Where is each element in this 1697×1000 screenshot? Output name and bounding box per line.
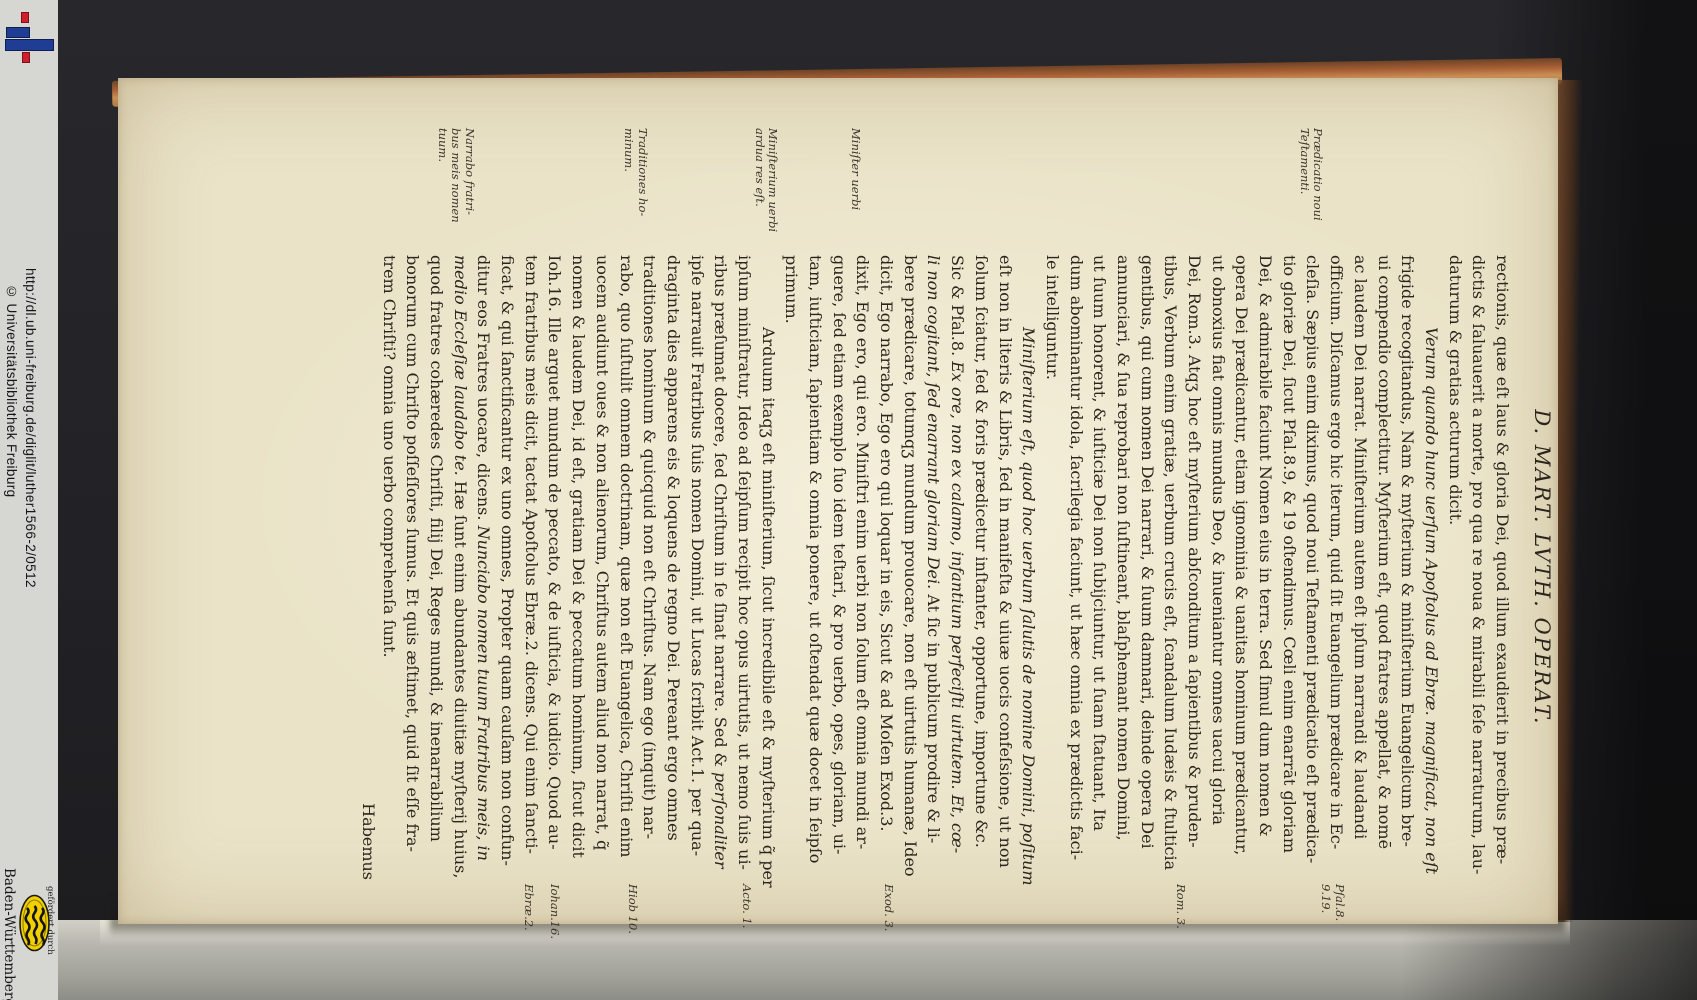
text-line: ſolum ſciatur, ſed & foris prædicetur in… xyxy=(969,255,993,895)
text-segment: tio gloriæ Dei, ſicut Pſal.8.9, & 19 oſt… xyxy=(1280,255,1299,853)
margin-note-line: Iohan.16. xyxy=(548,884,562,944)
text-segment-italic: li non cogitant, ſed enarrant gloriam De… xyxy=(925,255,944,594)
text-segment: Ioh.16. Ille arguet mundum de peccato, &… xyxy=(546,255,565,850)
text-line: li non cogitant, ſed enarrant gloriam De… xyxy=(922,255,946,895)
text-line: quod fratres cohæredes Chriſti, filij De… xyxy=(424,255,448,895)
text-segment: primum. xyxy=(782,255,801,324)
scanned-book-page: D. MART. LVTH. OPERAT. rectionis, quæ eſ… xyxy=(118,78,1558,924)
text-line: ficat, & qui ſanctificantur ex uno omnes… xyxy=(495,255,519,895)
margin-note-right: Ebræ.2. xyxy=(522,884,536,944)
baden-wuerttemberg-label: Baden-Württemberg xyxy=(1,868,17,1000)
margin-note-right: Acto. 1. xyxy=(740,884,754,944)
text-line: Miniſterium eſt, quod hoc uerbum ſalutis… xyxy=(1017,255,1041,895)
text-segment-italic: Verum quando hunc uerſum Apoſtolus ad Eb… xyxy=(1422,327,1441,874)
text-segment: ipſe narrauit Fratribus ſuis nomen Domin… xyxy=(688,255,707,856)
margin-note-right: Rom. 3. xyxy=(1173,884,1187,944)
source-url-label: http://dl.ub.uni-freiburg.de/diglit/luth… xyxy=(23,268,38,588)
margin-note-line: Exod. 3. xyxy=(882,884,896,944)
text-segment: daturum & gratias acturum dicit. xyxy=(1446,255,1465,525)
text-line: dictis & ſaluauerit a morte, pro qua re … xyxy=(1467,255,1491,895)
text-segment: Arduum itaqʒ eſt miniſterium, ſicut incr… xyxy=(759,327,778,888)
text-line: nomen & laudem Dei, id eſt, gratiam Dei … xyxy=(567,255,591,895)
text-segment-italic: Nunciabo nomen tuum Fratribus meis, in xyxy=(474,526,493,861)
text-line: ribus præſumat docere, ſed Chriſtum in ſ… xyxy=(709,255,733,895)
text-segment: bonorum cum Chriſto poſſeſſores ſumus. E… xyxy=(403,255,422,852)
text-line: ui compendio complectitur. Myſterium eſt… xyxy=(1372,255,1396,895)
text-line: tam, iuſticiam, ſapientiam & omnia poner… xyxy=(803,255,827,895)
text-line: daturum & gratias acturum dicit. xyxy=(1443,255,1467,895)
text-segment: ut obnoxius fiat omnis mundus Deo, & inu… xyxy=(1209,255,1228,825)
text-line: trem Chriſti? omnia uno uerbo comprehenſ… xyxy=(377,255,401,895)
ub-freiburg-logo-icon xyxy=(0,0,58,70)
text-line: frigide recogitandus, Nam & myſterium & … xyxy=(1396,255,1420,895)
margin-note-right: Iohan.16. xyxy=(548,884,562,944)
logo-blue-bar xyxy=(6,27,30,38)
margin-note-left: Traditiones ho-minum. xyxy=(622,128,649,252)
text-segment: bere prædicare, totumqʒ mundum prouocare… xyxy=(901,255,920,877)
running-header: D. MART. LVTH. OPERAT. xyxy=(1530,255,1554,880)
text-segment: guere, ſed etiam exemplo ſuo idem teſtar… xyxy=(830,255,849,854)
text-line: Ioh.16. Ille arguet mundum de peccato, &… xyxy=(543,255,567,895)
text-line: draginta dies apparens eis & loquens de … xyxy=(661,255,685,895)
text-line: ipſum miniſtratur, Ideo ad ſeipſum recip… xyxy=(732,255,756,895)
text-segment: nomen & laudem Dei, id eſt, gratiam Dei … xyxy=(569,255,588,858)
catchword: Habemus xyxy=(359,255,378,880)
text-segment: ut ſuum honorent, & iuſticiæ Dei non ſub… xyxy=(1090,255,1109,831)
logo-red-square xyxy=(22,52,30,63)
text-line: Arduum itaqʒ eſt miniſterium, ſicut incr… xyxy=(756,255,780,895)
margin-note-line: Ebræ.2. xyxy=(522,884,536,944)
text-segment: uocem audiunt oues & non alienorum, Chri… xyxy=(593,255,612,850)
text-line: rectionis, quæ eſt laus & gloria Dei, qu… xyxy=(1490,255,1514,895)
text-line: tibus, Verbum enim gratiæ, uerbum crucis… xyxy=(1159,255,1183,895)
margin-note-line: Teſtamenti. xyxy=(1297,128,1311,252)
text-segment: ipſum miniſtratur, Ideo ad ſeipſum recip… xyxy=(735,255,754,870)
text-segment: opera Dei prædicantur, etiam ignominia &… xyxy=(1232,255,1251,855)
text-segment: traditiones hominum & quicquid non eſt C… xyxy=(640,255,659,839)
margin-note-line: Rom. 3. xyxy=(1173,884,1187,944)
margin-note-left: Miniſterium uerbiardua res eſt. xyxy=(752,128,779,252)
text-line: le intelliguntur. xyxy=(1040,255,1064,895)
text-segment: le intelliguntur. xyxy=(1043,255,1062,380)
text-line: traditiones hominum & quicquid non eſt C… xyxy=(638,255,662,895)
margin-note-left: Miniſter uerbi xyxy=(849,128,863,252)
text-segment: ui compendio complectitur. Myſterium eſt… xyxy=(1375,255,1394,849)
text-segment: At ſic in publicum prodire & li- xyxy=(925,594,944,843)
text-segment: tam, iuſticiam, ſapientiam & omnia poner… xyxy=(806,255,825,863)
margin-note-line: Traditiones ho- xyxy=(635,128,649,252)
text-segment: gentibus, qui cum nomen Dei narrari, & ſ… xyxy=(1138,255,1157,849)
text-line: Dei, & admirabile faciunt Nomen eius in … xyxy=(1253,255,1277,895)
text-segment-italic: Miniſterium eſt, quod hoc uerbum ſalutis… xyxy=(1019,327,1038,886)
text-segment: ditur eos Fratres uocare, dicens. xyxy=(474,255,493,526)
text-line: dixit, Ego ero, qui ero. Miniſtri enim u… xyxy=(851,255,875,895)
text-line: guere, ſed etiam exemplo ſuo idem teſtar… xyxy=(827,255,851,895)
margin-note-line: Prædicatio noui xyxy=(1311,128,1325,252)
text-line: primum. xyxy=(780,255,804,895)
text-segment: dum abominantur idola, ſacrilegia faciun… xyxy=(1067,255,1086,860)
text-line: bere prædicare, totumqʒ mundum prouocare… xyxy=(898,255,922,895)
text-line: opera Dei prædicantur, etiam ignominia &… xyxy=(1230,255,1254,895)
text-line: ac laudem Dei narrat. Miniſterium autem … xyxy=(1348,255,1372,895)
text-segment: ribus præſumat docere, ſed Chriſtum in ſ… xyxy=(711,255,730,772)
text-line: ut obnoxius fiat omnis mundus Deo, & inu… xyxy=(1206,255,1230,895)
viewer-sidebar: http://dl.ub.uni-freiburg.de/diglit/luth… xyxy=(0,0,58,1000)
text-line: medio Eccleſiæ laudabo te. Hæ ſunt enim … xyxy=(448,255,472,895)
text-line: Verum quando hunc uerſum Apoſtolus ad Eb… xyxy=(1419,255,1443,895)
text-line: dum abominantur idola, ſacrilegia faciun… xyxy=(1064,255,1088,895)
text-segment: tem fratribus meis dicit, tactat Apoſtol… xyxy=(522,255,541,854)
margin-note-right: Pſal.8.9.19. xyxy=(1319,884,1346,944)
text-block: rectionis, quæ eſt laus & gloria Dei, qu… xyxy=(377,255,1514,895)
text-segment: dicit, Ego narrabo, Ego ero qui loquar i… xyxy=(877,255,896,831)
text-line: uocem audiunt oues & non alienorum, Chri… xyxy=(590,255,614,895)
text-segment: rectionis, quæ eſt laus & gloria Dei, qu… xyxy=(1493,255,1512,864)
margin-note-line: Miniſter uerbi xyxy=(849,128,863,252)
logo-blue-bar xyxy=(5,39,54,51)
text-line: rabo, quo ſuſtulit omnem doctrinam, quæ … xyxy=(614,255,638,895)
text-segment: Hæ ſunt enim abundantes diuitiæ myſterij… xyxy=(451,481,470,879)
text-segment-italic: perſonaliter xyxy=(711,772,730,869)
text-segment: dictis & ſaluauerit a morte, pro qua re … xyxy=(1469,255,1488,874)
text-segment: draginta dies apparens eis & loquens de … xyxy=(664,255,683,841)
baden-wuerttemberg-coat-of-arms-icon xyxy=(19,894,50,952)
text-segment: annunciari, & ſua reprobari non ſuſtinea… xyxy=(1114,255,1133,841)
text-segment: quod fratres cohæredes Chriſti, filij De… xyxy=(427,255,446,842)
text-segment: ac laudem Dei narrat. Miniſterium autem … xyxy=(1351,255,1370,839)
margin-note-line: minum. xyxy=(622,128,636,252)
margin-note-line: ardua res eſt. xyxy=(752,128,766,252)
text-segment: rabo, quo ſuſtulit omnem doctrinam, quæ … xyxy=(617,255,636,857)
text-segment: Dei, & admirabile faciunt Nomen eius in … xyxy=(1256,255,1275,837)
text-segment: cleſia. Sæpius enim diximus, quod noui T… xyxy=(1304,255,1323,863)
text-segment: eſt non in literis & Libris, ſed in mani… xyxy=(996,255,1015,868)
text-line: gentibus, qui cum nomen Dei narrari, & ſ… xyxy=(1135,255,1159,895)
margin-note-left: Prædicatio nouiTeſtamenti. xyxy=(1297,128,1324,252)
text-line: eſt non in literis & Libris, ſed in mani… xyxy=(993,255,1017,895)
logo-red-square xyxy=(21,12,29,23)
margin-note-line: Hiob 10. xyxy=(626,884,640,944)
text-segment: dixit, Ego ero, qui ero. Miniſtri enim u… xyxy=(853,255,872,849)
margin-note-left: Narrabo fratri-bus meis nomentuum. xyxy=(435,128,476,252)
margin-note-line: tuum. xyxy=(435,128,449,252)
margin-note-line: Miniſterium uerbi xyxy=(766,128,780,252)
margin-note-line: Pſal.8. xyxy=(1332,884,1346,944)
text-segment: trem Chriſti? omnia uno uerbo comprehenſ… xyxy=(380,255,399,658)
text-segment: officium. Diſcamus ergo hic iterum, quid… xyxy=(1327,255,1346,849)
margin-note-right: Exod. 3. xyxy=(882,884,896,944)
text-segment-italic: medio Eccleſiæ laudabo te. xyxy=(451,255,470,481)
text-line: tem fratribus meis dicit, tactat Apoſtol… xyxy=(519,255,543,895)
text-line: annunciari, & ſua reprobari non ſuſtinea… xyxy=(1111,255,1135,895)
text-segment-italic: Ex ore, non ex calamo, infantium perfeci… xyxy=(948,361,967,853)
copyright-label: © Universitätsbibliothek Freiburg xyxy=(4,284,19,498)
text-line: ut ſuum honorent, & iuſticiæ Dei non ſub… xyxy=(1088,255,1112,895)
margin-note-line: bus meis nomen xyxy=(449,128,463,252)
margin-note-line: Narrabo fratri- xyxy=(462,128,476,252)
text-line: tio gloriæ Dei, ſicut Pſal.8.9, & 19 oſt… xyxy=(1277,255,1301,895)
text-segment: ficat, & qui ſanctificantur ex uno omnes… xyxy=(498,255,517,866)
text-line: Dei, Rom.3. Atqʒ hoc eſt myſterium abſco… xyxy=(1182,255,1206,895)
margin-note-line: 9.19. xyxy=(1319,884,1333,944)
text-line: ipſe narrauit Fratribus ſuis nomen Domin… xyxy=(685,255,709,895)
text-segment: ſolum ſciatur, ſed & foris prædicetur in… xyxy=(972,255,991,848)
text-line: Sic & Pſal.8. Ex ore, non ex calamo, inf… xyxy=(946,255,970,895)
text-line: bonorum cum Chriſto poſſeſſores ſumus. E… xyxy=(401,255,425,895)
text-line: cleſia. Sæpius enim diximus, quod noui T… xyxy=(1301,255,1325,895)
text-line: officium. Diſcamus ergo hic iterum, quid… xyxy=(1325,255,1349,895)
text-segment: Dei, Rom.3. Atqʒ hoc eſt myſterium abſco… xyxy=(1185,255,1204,848)
text-line: dicit, Ego narrabo, Ego ero qui loquar i… xyxy=(874,255,898,895)
text-segment: frigide recogitandus, Nam & myſterium & … xyxy=(1398,255,1417,847)
text-line: ditur eos Fratres uocare, dicens. Nuncia… xyxy=(472,255,496,895)
margin-note-line: Acto. 1. xyxy=(740,884,754,944)
text-segment: tibus, Verbum enim gratiæ, uerbum crucis… xyxy=(1161,255,1180,870)
text-segment: Sic & Pſal.8. xyxy=(948,255,967,361)
margin-note-right: Hiob 10. xyxy=(626,884,640,944)
